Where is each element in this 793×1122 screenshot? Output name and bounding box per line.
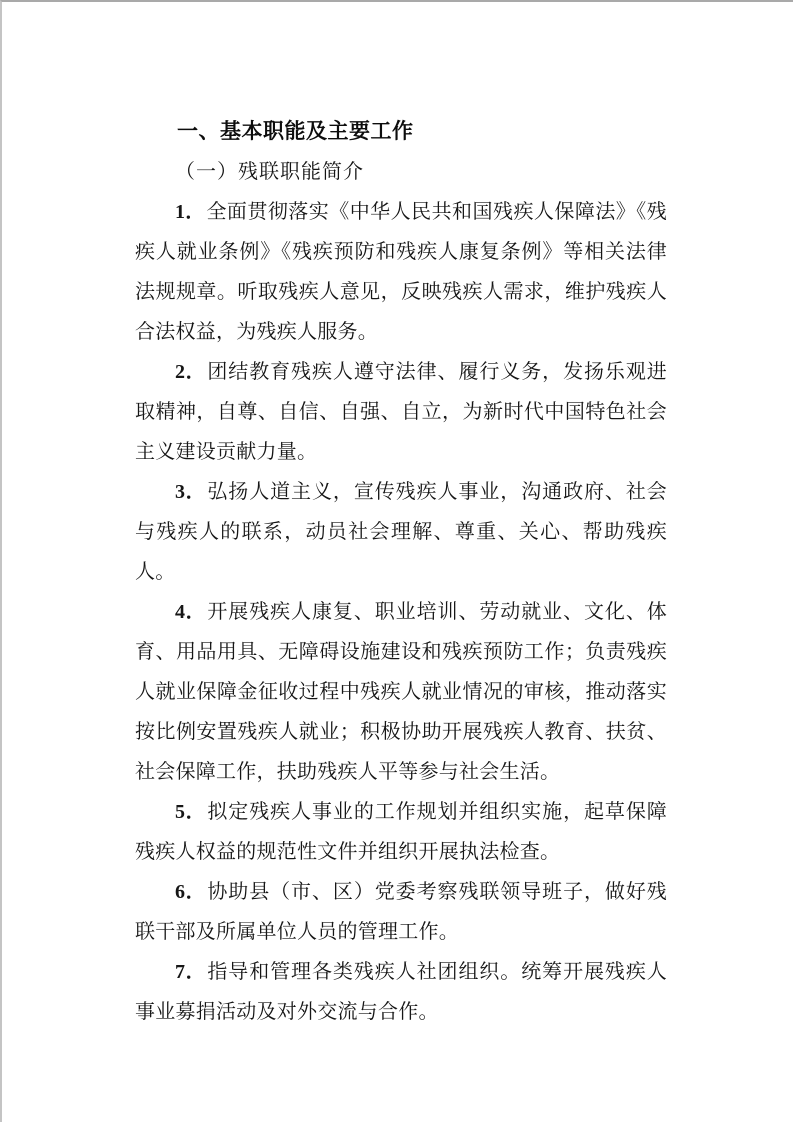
paragraph-number: 6． — [175, 881, 207, 903]
paragraph-number: 7． — [175, 961, 207, 983]
paragraph: 4．开展残疾人康复、职业培训、劳动就业、文化、体育、用品用具、无障碍设施建设和残… — [135, 592, 667, 792]
paragraph-text: 拟定残疾人事业的工作规划并组织实施，起草保障残疾人权益的规范性文件并组织开展执法… — [135, 801, 667, 863]
paragraph-text: 全面贯彻落实《中华人民共和国残疾人保障法》《残疾人就业条例》《残疾预防和残疾人康… — [135, 201, 667, 343]
paragraph-number: 5． — [175, 801, 207, 823]
paragraph-number: 4． — [175, 601, 207, 623]
document-page: 一、基本职能及主要工作 （一）残联职能简介 1．全面贯彻落实《中华人民共和国残疾… — [0, 0, 793, 1122]
paragraph-number: 3． — [175, 481, 207, 503]
paragraph-text: 团结教育残疾人遵守法律、履行义务，发扬乐观进取精神，自尊、自信、自强、自立，为新… — [135, 361, 667, 463]
paragraph: 2．团结教育残疾人遵守法律、履行义务，发扬乐观进取精神，自尊、自信、自强、自立，… — [135, 352, 667, 472]
paragraph-number: 2． — [175, 361, 207, 383]
paragraph: 1．全面贯彻落实《中华人民共和国残疾人保障法》《残疾人就业条例》《残疾预防和残疾… — [135, 192, 667, 352]
section-heading: 一、基本职能及主要工作 — [135, 112, 667, 152]
paragraph: 5．拟定残疾人事业的工作规划并组织实施，起草保障残疾人权益的规范性文件并组织开展… — [135, 792, 667, 872]
paragraph: 7．指导和管理各类残疾人社团组织。统筹开展残疾人事业募捐活动及对外交流与合作。 — [135, 952, 667, 1032]
paragraph-text: 开展残疾人康复、职业培训、劳动就业、文化、体育、用品用具、无障碍设施建设和残疾预… — [135, 601, 667, 783]
document-body: 1．全面贯彻落实《中华人民共和国残疾人保障法》《残疾人就业条例》《残疾预防和残疾… — [135, 192, 667, 1032]
subsection-heading: （一）残联职能简介 — [135, 152, 667, 192]
paragraph-text: 指导和管理各类残疾人社团组织。统筹开展残疾人事业募捐活动及对外交流与合作。 — [135, 961, 667, 1023]
paragraph: 3．弘扬人道主义，宣传残疾人事业，沟通政府、社会与残疾人的联系，动员社会理解、尊… — [135, 472, 667, 592]
paragraph-text: 弘扬人道主义，宣传残疾人事业，沟通政府、社会与残疾人的联系，动员社会理解、尊重、… — [135, 481, 667, 583]
paragraph-text: 协助县（市、区）党委考察残联领导班子，做好残联干部及所属单位人员的管理工作。 — [135, 881, 667, 943]
paragraph-number: 1． — [175, 201, 206, 223]
paragraph: 6．协助县（市、区）党委考察残联领导班子，做好残联干部及所属单位人员的管理工作。 — [135, 872, 667, 952]
